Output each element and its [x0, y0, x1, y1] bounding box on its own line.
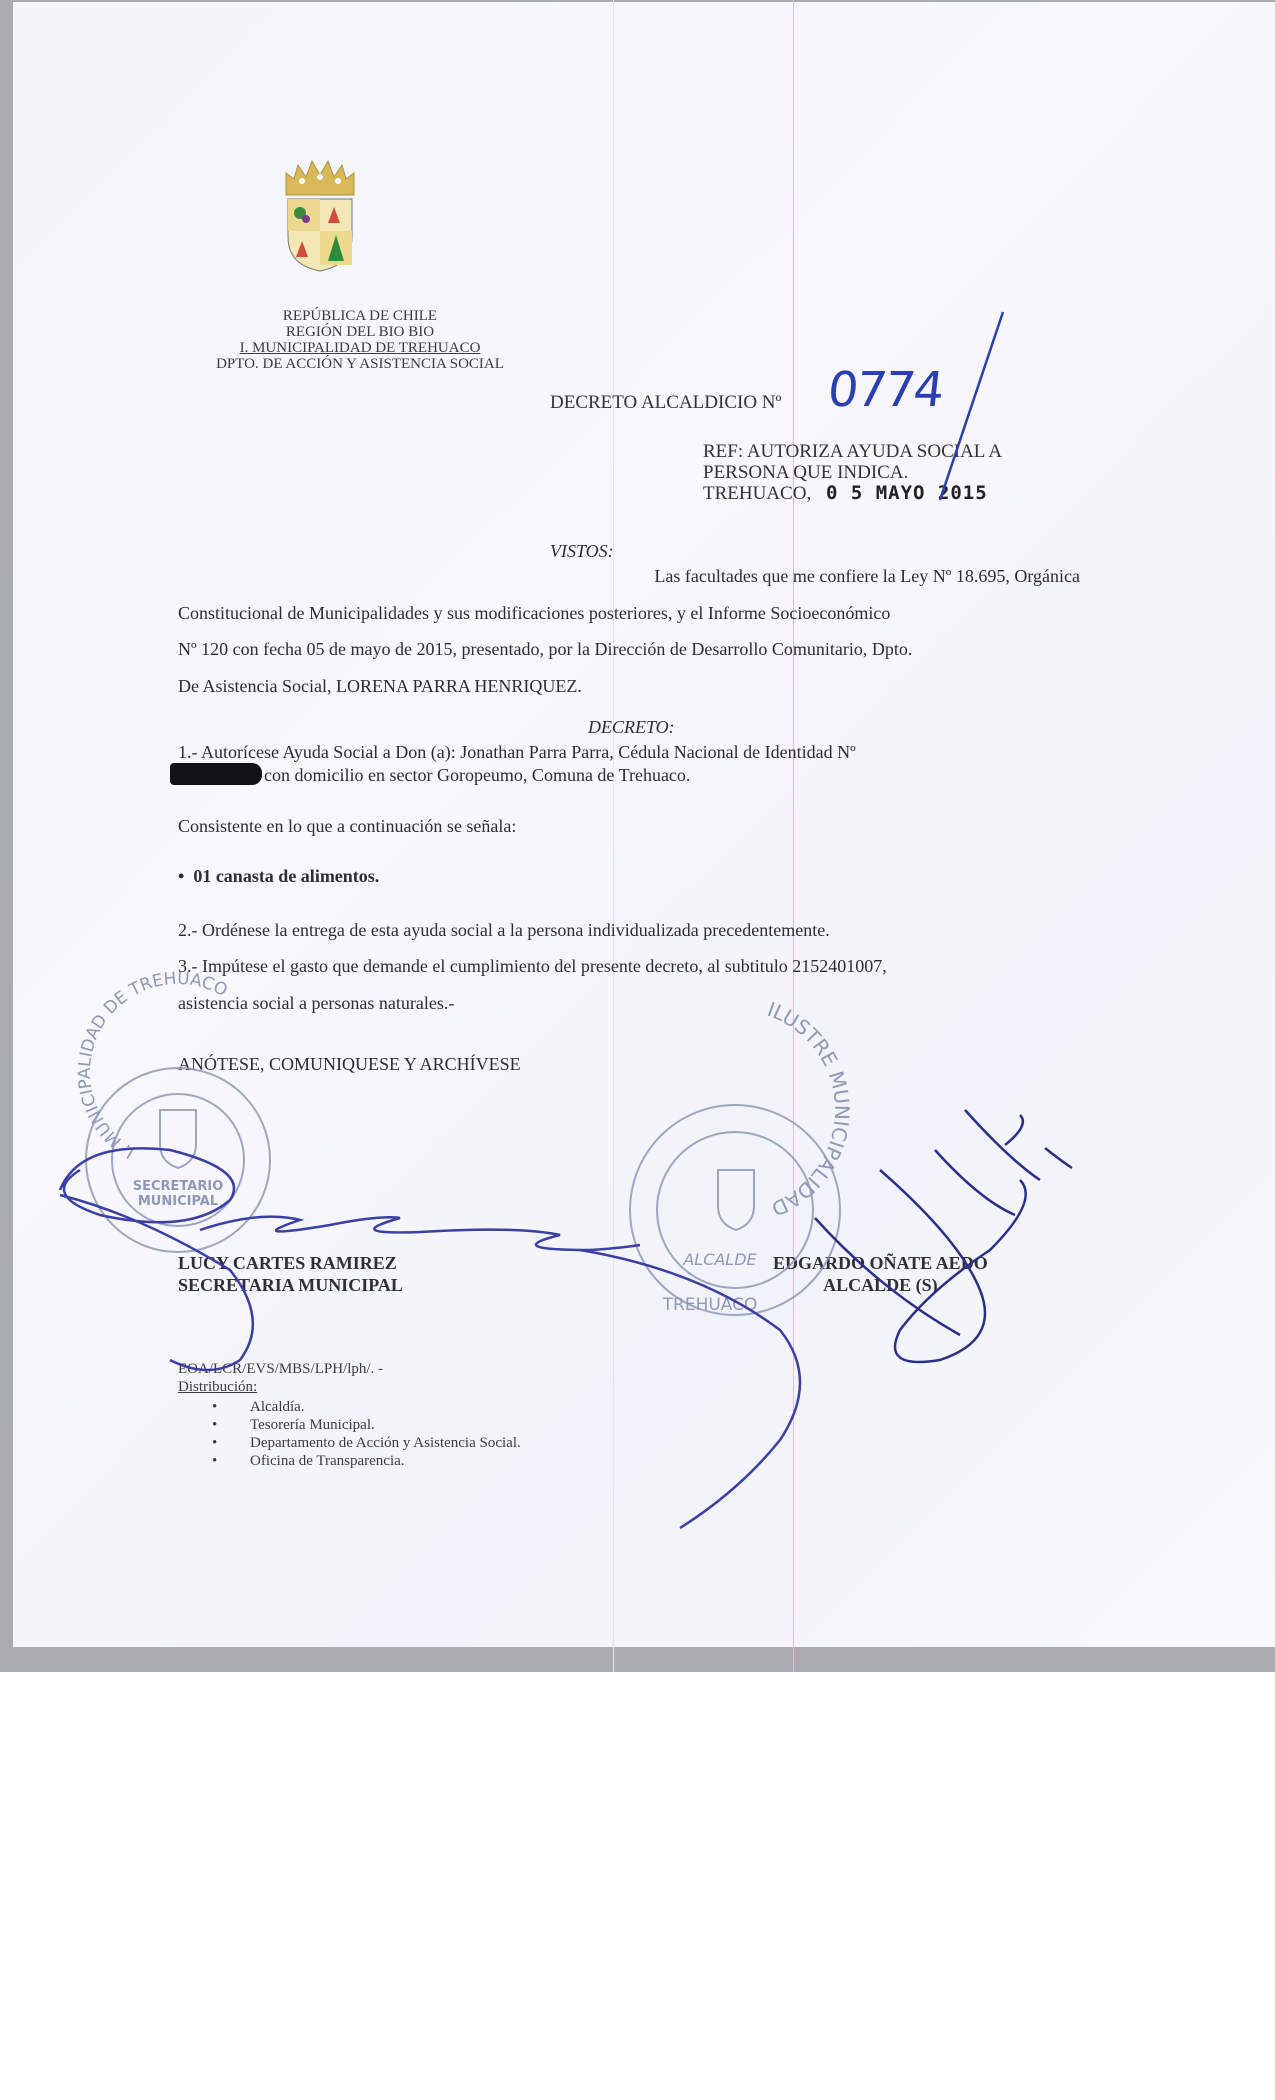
vistos-line-1: Las facultades que me confiere la Ley Nº…: [550, 566, 1080, 587]
distribution-item: Tesorería Municipal.: [212, 1416, 521, 1434]
vistos-line-3: Nº 120 con fecha 05 de mayo de 2015, pre…: [178, 639, 1080, 660]
header-municipality: I. MUNICIPALIDAD DE TREHUACO: [170, 340, 550, 356]
decreto-heading: DECRETO:: [588, 717, 675, 738]
distribution-label: Distribución:: [178, 1379, 257, 1396]
decreto-item-1-line-1: 1.- Autorícese Ayuda Social a Don (a): J…: [178, 742, 1080, 763]
decree-title: DECRETO ALCALDICIO Nº: [550, 392, 781, 414]
signatory-left: LUCY CARTES RAMIREZ SECRETARIA MUNICIPAL: [178, 1252, 403, 1296]
coat-of-arms-icon: [280, 155, 360, 275]
decreto-item-2: 2.- Ordénese la entrega de esta ayuda so…: [178, 920, 1080, 941]
place: TREHUACO,: [703, 483, 811, 504]
redacted-id-number: [170, 763, 262, 785]
item-1-address: con domicilio en sector Goropeumo, Comun…: [264, 765, 690, 785]
place-date: TREHUACO, 0 5 MAYO 2015: [703, 483, 1002, 504]
vistos-heading: VISTOS:: [550, 541, 614, 562]
bullet-icon: •: [178, 866, 193, 886]
distribution-list: Alcaldía. Tesorería Municipal. Departame…: [212, 1398, 521, 1470]
ref-line-2: PERSONA QUE INDICA.: [703, 462, 1002, 483]
decree-reference: REF: AUTORIZA AYUDA SOCIAL A PERSONA QUE…: [703, 441, 1002, 504]
signatory-left-name: LUCY CARTES RAMIREZ: [178, 1252, 403, 1274]
decreto-item-1-line-2: con domicilio en sector Goropeumo, Comun…: [170, 763, 1072, 786]
distribution-item: Departamento de Acción y Asistencia Soci…: [212, 1434, 521, 1452]
institution-header: REPÚBLICA DE CHILE REGIÓN DEL BIO BIO I.…: [170, 308, 550, 372]
header-region: REGIÓN DEL BIO BIO: [170, 324, 550, 340]
bullet-item-1-text: 01 canasta de alimentos.: [193, 866, 379, 886]
decreto-item-3-line-2: asistencia social a personas naturales.-: [178, 993, 1080, 1014]
header-department: DPTO. DE ACCIÓN Y ASISTENCIA SOCIAL: [170, 356, 550, 372]
ref-line-1: REF: AUTORIZA AYUDA SOCIAL A: [703, 441, 1002, 462]
decreto-item-3-line-1: 3.- Impútese el gasto que demande el cum…: [178, 956, 1080, 977]
vistos-line-4: De Asistencia Social, LORENA PARRA HENRI…: [178, 676, 1080, 697]
typist-initials: EOA/LCR/EVS/MBS/LPH/lph/. -: [178, 1361, 383, 1378]
signatory-right: EDGARDO OÑATE AEDO ALCALDE (S): [773, 1252, 988, 1296]
distribution-item: Oficina de Transparencia.: [212, 1452, 521, 1470]
decree-number-handwritten: 0774: [825, 362, 945, 418]
date-stamp: 0 5 MAYO 2015: [826, 482, 988, 504]
bullet-item-1: • 01 canasta de alimentos.: [178, 866, 1080, 887]
consistente-text: Consistente en lo que a continuación se …: [178, 816, 1080, 837]
closing-formula: ANÓTESE, COMUNIQUESE Y ARCHÍVESE: [178, 1054, 1080, 1075]
signatory-left-title: SECRETARIA MUNICIPAL: [178, 1274, 403, 1296]
vistos-line-2: Constitucional de Municipalidades y sus …: [178, 603, 1080, 624]
header-country: REPÚBLICA DE CHILE: [170, 308, 550, 324]
distribution-item: Alcaldía.: [212, 1398, 521, 1416]
signatory-right-title: ALCALDE (S): [773, 1274, 988, 1296]
signatory-right-name: EDGARDO OÑATE AEDO: [773, 1252, 988, 1274]
